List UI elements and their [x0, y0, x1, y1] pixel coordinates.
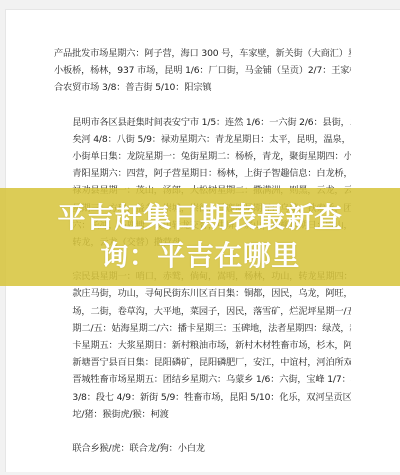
- document-line: 矣河 4/8：八街 5/9：禄劝星期六：青龙星期日：太平，昆明，温泉，草铺高明县…: [54, 131, 351, 148]
- document-line: 小街单日集：龙院星期一：兔街星期二：杨桥，青龙，聚街星期四：小新街， 牧羊星期五…: [54, 148, 351, 165]
- document-line: 青阳星期六：四营，阿子营星期日：杨林，上街子智趣信息：白龙桥，小营，甸尾，古城: [54, 165, 351, 182]
- document-line: 3/8：段七 4/9：新街 5/9：牲畜市场，昆阳 5/10：化乐，双河呈贡区柯…: [54, 389, 351, 406]
- document-line: 期二/五：姑海星期二/六：播卡星期三：玉碑地，法者星期四：绿茂，新田星期四 /日…: [54, 320, 351, 337]
- document-paragraph: 宗民县星期一：哨口，赤鹫，倘甸，嵩明，杨林，功山，转龙星期四：大营，仓前，款庄马…: [54, 268, 351, 423]
- banner-title: 平吉赶集日期表最新查询：平吉在哪里: [45, 199, 355, 275]
- document-line: 卡星期五：大浆星期日：新村粮油市场，新村木材牲畜市场，杉木，阿旺，达朵，牛场坪，: [54, 337, 351, 354]
- title-banner: 平吉赶集日期表最新查询：平吉在哪里: [0, 188, 400, 286]
- document-line: 坨/猪：猴街虎/猴：柯渡: [54, 406, 351, 423]
- document-paragraph: 联合乡猴/虎：联合龙/狗：小白龙: [54, 440, 351, 457]
- document-line: 合农贸市场 3/8：普吉街 5/10：阳宗镇: [54, 79, 351, 96]
- document-line: 昆明市各区县赶集时间表安宁市 1/5：连然 1/6：一六街 2/6：县街，二街 …: [54, 114, 351, 131]
- document-line: 小板桥，杨林，937 市场，昆明 1/6：厂口街，马金铺（呈贡）2/7：王家桥路…: [54, 62, 351, 79]
- document-line: 联合乡猴/虎：联合龙/狗：小白龙: [54, 440, 351, 457]
- document-line: 晋城牲畜市场星期五：团结乡星期六：乌蒙乡 1/6：六街，宝峰 1/7：石将军 2…: [54, 371, 351, 388]
- document-paragraph: 产品批发市场星期六：阿子营，海口 300 号，车家壁，新关街（大商汇）星期日：马…: [54, 45, 351, 97]
- document-line: 产品批发市场星期六：阿子营，海口 300 号，车家壁，新关街（大商汇）星期日：马…: [54, 45, 351, 62]
- document-line: 款庄马街，功山，寻甸民街东川区百日集：铜都，因民，乌龙，阿旺，拖布卡，新村沙坝市: [54, 285, 351, 302]
- document-line: 新塘晋宁县百日集：昆阳磷矿，昆阳磷肥厂，安江，中谊村，河泊所双日集：大街，晋城，: [54, 354, 351, 371]
- document-line: 场，二街，卷草沟，大平地，菜园子，因民，落雪矿，烂泥坪星期一/五：江西街，乌龙星: [54, 303, 351, 320]
